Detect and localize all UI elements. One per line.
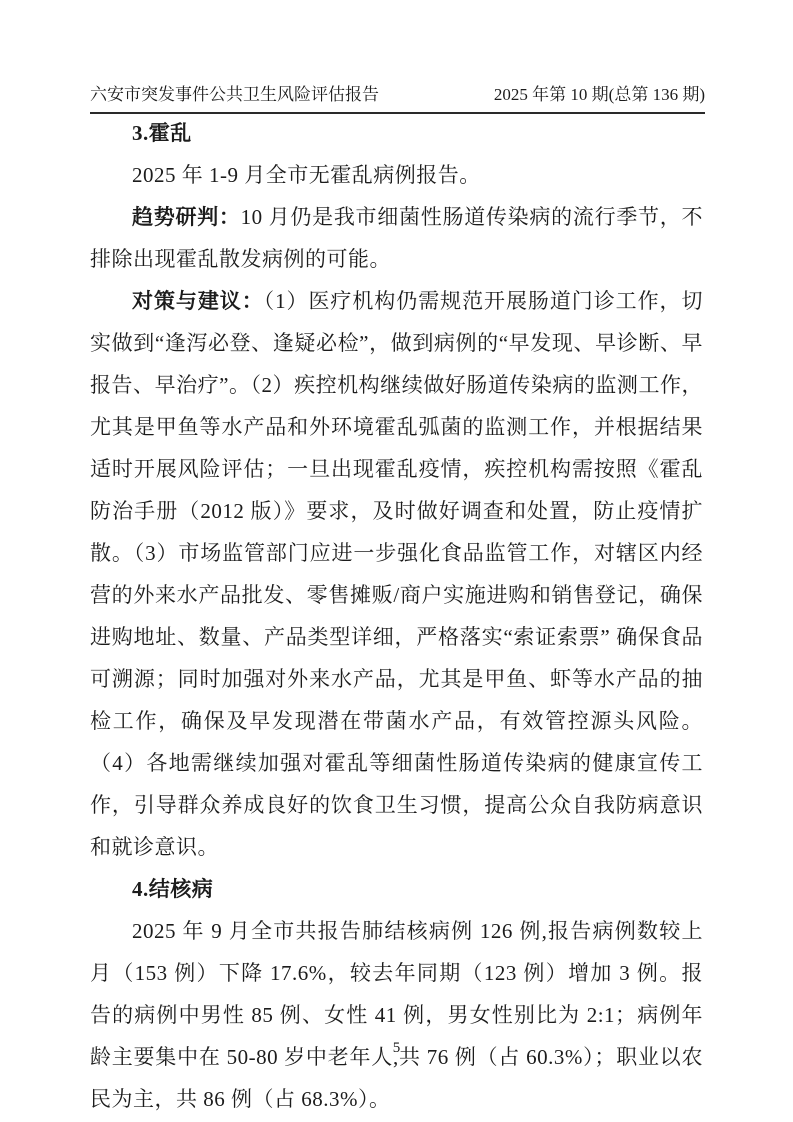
paragraph-cholera-summary: 2025 年 1-9 月全市无霍乱病例报告。 [90,154,703,196]
page-number: 5 [0,1038,793,1058]
section-heading-tuberculosis: 4.结核病 [90,868,703,910]
countermeasures-text: （1）医疗机构仍需规范开展肠道门诊工作，切实做到“逢泻必登、逢疑必检”，做到病例… [90,289,703,859]
paragraph-trend-analysis: 趋势研判：10 月仍是我市细菌性肠道传染病的流行季节，不排除出现霍乱散发病例的可… [90,196,703,280]
countermeasures-label: 对策与建议： [132,289,264,313]
section-heading-cholera: 3.霍乱 [90,112,703,154]
page-header: 六安市突发事件公共卫生风险评估报告 2025 年第 10 期(总第 136 期) [90,85,705,114]
issue-number: 2025 年第 10 期(总第 136 期) [494,85,705,105]
document-page: 六安市突发事件公共卫生风险评估报告 2025 年第 10 期(总第 136 期)… [0,0,793,1122]
document-body: 3.霍乱 2025 年 1-9 月全市无霍乱病例报告。 趋势研判：10 月仍是我… [90,112,703,1120]
report-title: 六安市突发事件公共卫生风险评估报告 [90,85,379,105]
paragraph-tb-summary: 2025 年 9 月全市共报告肺结核病例 126 例,报告病例数较上月（153 … [90,910,703,1120]
trend-analysis-label: 趋势研判： [132,205,241,229]
paragraph-countermeasures: 对策与建议：（1）医疗机构仍需规范开展肠道门诊工作，切实做到“逢泻必登、逢疑必检… [90,280,703,868]
